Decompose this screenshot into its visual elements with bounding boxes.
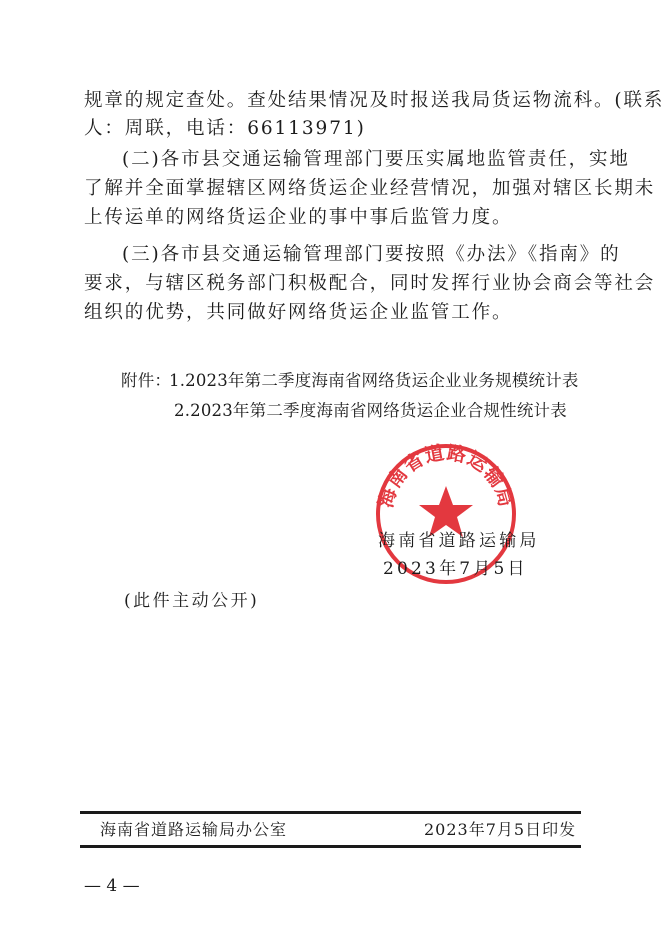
attachment-item-2: 2.2023年第二季度海南省网络货运企业合规性统计表: [174, 401, 567, 421]
issue-date: 2023年7月5日: [383, 559, 528, 579]
paragraph-2-line-2: 了解并全面掌握辖区网络货运企业经营情况，加强对辖区长期未: [84, 178, 580, 200]
paragraph-3-line-2: 要求，与辖区税务部门积极配合，同时发挥行业协会商会等社会: [84, 273, 580, 295]
paragraph-3-line-3: 组织的优势，共同做好网络货运企业监管工作。: [84, 302, 580, 324]
footer-office: 海南省道路运输局办公室: [100, 820, 287, 840]
paragraph-3-line-1: (三)各市县交通运输管理部门要按照《办法》《指南》的: [122, 244, 580, 266]
attachment-item-1: 1.2023年第二季度海南省网络货运企业业务规模统计表: [169, 371, 579, 391]
paragraph-2-line-3: 上传运单的网络货运企业的事中事后监管力度。: [84, 207, 580, 229]
paragraph-1-line-2: 人：周联，电话：66113971): [84, 118, 580, 140]
footer-top-rule: [80, 811, 581, 814]
attachments-label: 附件：: [121, 371, 171, 391]
paragraph-2-line-1: (二)各市县交通运输管理部门要压实属地监管责任，实地: [122, 149, 580, 171]
footer-print-date: 2023年7月5日印发: [424, 820, 576, 840]
page-number: — 4 —: [84, 876, 140, 896]
footer-bottom-rule: [80, 845, 581, 848]
paragraph-1-line-1: 规章的规定查处。查处结果情况及时报送我局货运物流科。(联系: [84, 90, 580, 112]
disclosure-note: (此件主动公开): [124, 591, 259, 611]
issuer-name: 海南省道路运输局: [378, 531, 540, 551]
